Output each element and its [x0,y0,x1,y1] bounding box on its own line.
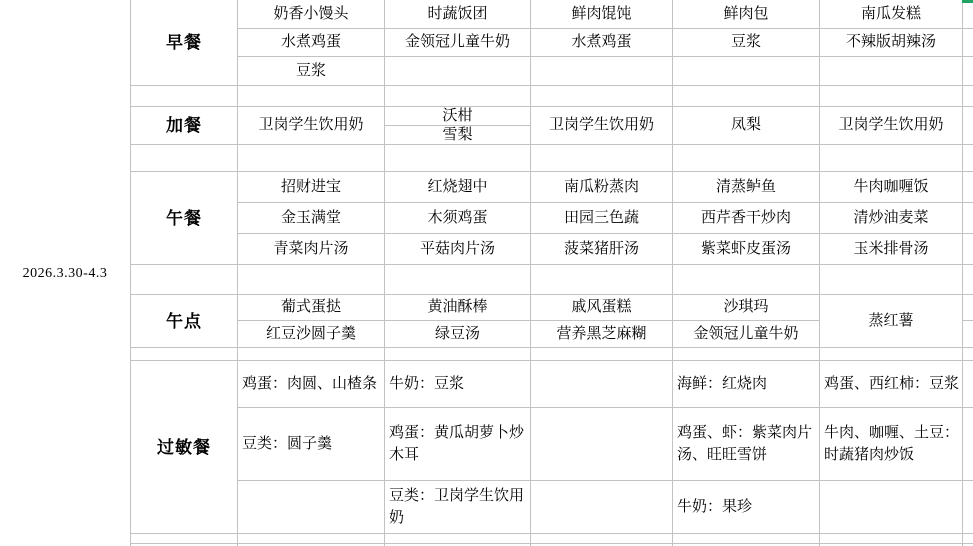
cell-lunch-d2-i1[interactable]: 红烧翅中 [385,172,530,202]
cell-allergy-d1-i1[interactable]: 鸡蛋：肉圆、山楂条 [238,361,392,407]
cell-lunch-d1-i2[interactable]: 金玉满堂 [238,203,384,233]
cell-morning-snack-d1[interactable]: 卫岗学生饮用奶 [238,107,384,144]
cell-morning-snack-d5[interactable]: 卫岗学生饮用奶 [820,107,962,144]
cell-morning-snack-d4[interactable]: 凤梨 [673,107,819,144]
cell-breakfast-d2-i2[interactable]: 金领冠儿童牛奶 [385,29,530,56]
cell-breakfast-d5-i1[interactable]: 南瓜发糕 [820,0,962,28]
spreadsheet-grid: 2026.3.30-4.3 早餐 加餐 午餐 午点 过敏餐 奶香小馒头 水煮鸡蛋… [0,0,973,546]
cell-lunch-d4-i3[interactable]: 紫菜虾皮蛋汤 [673,234,819,264]
cell-allergy-d1-i2[interactable]: 豆类：圆子羹 [238,408,392,480]
cell-breakfast-d3-i1[interactable]: 鲜肉馄饨 [531,0,672,28]
cell-allergy-d5-i1[interactable]: 鸡蛋、西红柿：豆浆 [820,361,970,407]
cell-lunch-d4-i2[interactable]: 西芹香干炒肉 [673,203,819,233]
cell-lunch-d3-i2[interactable]: 田园三色蔬 [531,203,672,233]
cell-afternoon-snack-d3-i1[interactable]: 戚风蛋糕 [531,295,672,320]
gridline-h [0,85,973,86]
meal-label-lunch[interactable]: 午餐 [131,172,237,264]
cell-afternoon-snack-d2-i1[interactable]: 黄油酥棒 [385,295,530,320]
cell-allergy-d2-i2[interactable]: 鸡蛋：黄瓜胡萝卜炒木耳 [385,408,538,480]
cell-lunch-d4-i1[interactable]: 清蒸鲈鱼 [673,172,819,202]
cell-allergy-d2-i1[interactable]: 牛奶：豆浆 [385,361,538,407]
cell-allergy-d2-i3[interactable]: 豆类：卫岗学生饮用奶 [385,481,538,533]
cell-lunch-d5-i1[interactable]: 牛肉咖喱饭 [820,172,962,202]
cell-lunch-d5-i3[interactable]: 玉米排骨汤 [820,234,962,264]
cell-lunch-d2-i2[interactable]: 木须鸡蛋 [385,203,530,233]
date-range-cell[interactable]: 2026.3.30-4.3 [0,0,130,546]
cell-allergy-d4-i1[interactable]: 海鲜：红烧肉 [673,361,827,407]
cell-afternoon-snack-d1-i2[interactable]: 红豆沙圆子羹 [238,321,384,347]
cell-allergy-d4-i3[interactable]: 牛奶：果珍 [673,481,827,533]
gridline-h [0,144,973,145]
gridline-h [0,543,973,544]
cell-lunch-d2-i3[interactable]: 平菇肉片汤 [385,234,530,264]
cell-morning-snack-d2-i1[interactable]: 沃柑 [385,107,530,125]
cell-breakfast-d1-i2[interactable]: 水煮鸡蛋 [238,29,384,56]
cell-breakfast-d4-i1[interactable]: 鲜肉包 [673,0,819,28]
cell-breakfast-d4-i2[interactable]: 豆浆 [673,29,819,56]
meal-label-afternoon-snack[interactable]: 午点 [131,295,237,347]
cell-lunch-d1-i3[interactable]: 青菜肉片汤 [238,234,384,264]
cell-lunch-d1-i1[interactable]: 招财进宝 [238,172,384,202]
gridline-h [0,264,973,265]
cell-allergy-d4-i2[interactable]: 鸡蛋、虾：紫菜肉片汤、旺旺雪饼 [673,408,827,480]
cell-breakfast-d3-i2[interactable]: 水煮鸡蛋 [531,29,672,56]
cell-afternoon-snack-d4-i2[interactable]: 金领冠儿童牛奶 [673,321,819,347]
cell-afternoon-snack-d1-i1[interactable]: 葡式蛋挞 [238,295,384,320]
cell-breakfast-d2-i1[interactable]: 时蔬饭团 [385,0,530,28]
gridline-h [0,533,973,534]
cell-morning-snack-d2-i2[interactable]: 雪梨 [385,126,530,144]
cell-lunch-d3-i3[interactable]: 菠菜猪肝汤 [531,234,672,264]
selection-accent-mark [962,0,973,3]
cell-afternoon-snack-d2-i2[interactable]: 绿豆汤 [385,321,530,347]
meal-label-allergy[interactable]: 过敏餐 [131,361,237,533]
cell-breakfast-d1-i1[interactable]: 奶香小馒头 [238,0,384,28]
meal-label-breakfast[interactable]: 早餐 [131,0,237,85]
cell-breakfast-d5-i2[interactable]: 不辣版胡辣汤 [820,29,962,56]
cell-morning-snack-d3[interactable]: 卫岗学生饮用奶 [531,107,672,144]
cell-allergy-d5-i2[interactable]: 牛肉、咖喱、土豆：时蔬猪肉炒饭 [820,408,970,480]
cell-lunch-d3-i1[interactable]: 南瓜粉蒸肉 [531,172,672,202]
cell-afternoon-snack-d4-i1[interactable]: 沙琪玛 [673,295,819,320]
gridline-h [0,347,973,348]
cell-breakfast-d1-i3[interactable]: 豆浆 [238,57,384,85]
cell-afternoon-snack-d3-i2[interactable]: 营养黑芝麻糊 [531,321,672,347]
cell-afternoon-snack-d5[interactable]: 蒸红薯 [820,295,962,347]
cell-lunch-d5-i2[interactable]: 清炒油麦菜 [820,203,962,233]
meal-label-morning-snack[interactable]: 加餐 [131,107,237,144]
